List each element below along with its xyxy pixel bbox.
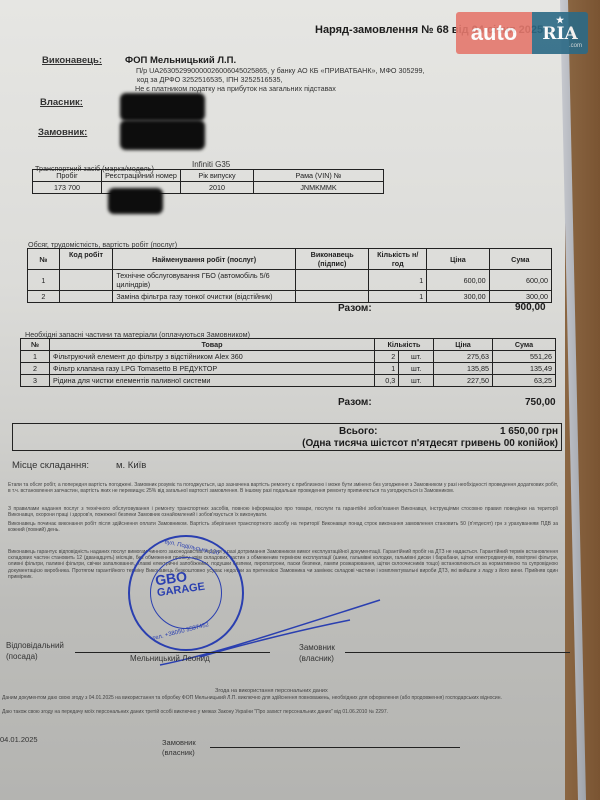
works-header: Ціна xyxy=(427,249,489,270)
autoria-watermark: auto ★ RIA .com xyxy=(456,12,588,54)
owner-label: Власник: xyxy=(40,97,83,108)
parts-header: Кількість xyxy=(375,339,434,351)
customer-sign-label: Замовник xyxy=(299,643,335,652)
vehicle-header-year: Рік випуску xyxy=(181,170,254,182)
consent-line-1: Даним документом даю свою згоду з 04.01.… xyxy=(2,695,552,701)
parts-total-label: Разом: xyxy=(338,397,372,408)
contractor-name: ФОП Мельницький Л.П. xyxy=(125,55,236,66)
watermark-auto: auto xyxy=(456,12,532,54)
signature-scribble xyxy=(150,595,390,675)
table-row: 2 Заміна фільтра газу тонкої очистки (ві… xyxy=(28,291,552,303)
customer-signature-line xyxy=(345,652,570,653)
customer-label: Замовник: xyxy=(38,127,87,138)
terms-paragraph-1: Етапи та обсяг робіт, а попередня вартіс… xyxy=(8,482,558,494)
grand-total-value: 1 650,00 грн xyxy=(500,426,558,437)
place-label: Місце складання: xyxy=(12,460,89,471)
parts-total: 750,00 xyxy=(525,397,556,408)
contractor-label: Виконавець: xyxy=(42,55,102,66)
terms-paragraph-2: З правилами надання послуг з технічного … xyxy=(8,506,558,518)
watermark-ria: ★ RIA .com xyxy=(532,12,588,54)
footer-customer-sub: (власник) xyxy=(162,748,195,757)
place-value: м. Київ xyxy=(116,460,146,471)
works-table: № Код робіт Найменування робіт (послуг) … xyxy=(27,248,552,303)
vehicle-header-reg: Реєстраційний номер xyxy=(102,170,181,182)
owner-redacted xyxy=(120,93,205,121)
parts-header: Товар xyxy=(50,339,375,351)
document-page xyxy=(0,0,565,800)
footer-signature-line xyxy=(210,747,460,748)
parts-header: № xyxy=(21,339,50,351)
grand-total-box: Всього: 1 650,00 грн (Одна тисяча шістсо… xyxy=(12,423,562,451)
parts-header: Ціна xyxy=(434,339,493,351)
responsible-label: Відповідальний xyxy=(6,641,64,650)
table-row: 1 Технічне обслуговування ГБО (автомобіл… xyxy=(28,270,552,291)
terms-paragraph-4: Виконавець гарантує відповідність надани… xyxy=(8,549,558,580)
stamp-address: вул. Подільська 12б xyxy=(164,539,220,556)
terms-paragraph-3: Виконавець починає виконання робіт після… xyxy=(8,521,558,533)
consent-line-2: Даю також свою згоду на передачу моїх пе… xyxy=(2,709,552,715)
vehicle-header-mileage: Пробіг xyxy=(33,170,102,182)
consent-title: Згода на використання персональних даних xyxy=(215,688,328,694)
contractor-bank: П/р UA263052990000026006045025865, у бан… xyxy=(136,66,424,75)
reg-number-redacted xyxy=(108,188,163,214)
vehicle-header-vin: Рама (VIN) № xyxy=(254,170,384,182)
vehicle-mileage: 173 700 xyxy=(33,182,102,194)
works-header: Сума xyxy=(489,249,551,270)
parts-header: Сума xyxy=(493,339,556,351)
table-row: 2 Фільтр клапана газу LPG Tomasetto В РЕ… xyxy=(21,363,556,375)
contractor-codes: код за ДРФО 3252516535, ІПН 3252516535, xyxy=(137,75,282,84)
footer-date: 04.01.2025 xyxy=(0,735,38,744)
vehicle-model: Infiniti G35 xyxy=(192,160,230,169)
table-row: 1 Фільтруючий елемент до фільтру з відст… xyxy=(21,351,556,363)
works-total: 900,00 xyxy=(515,302,546,313)
responsible-sub: (посада) xyxy=(6,652,38,661)
contractor-tax-status: Не є платником податку на прибуток на за… xyxy=(135,84,336,93)
footer-customer-label: Замовник xyxy=(162,738,196,747)
works-header: № xyxy=(28,249,60,270)
grand-total-label: Всього: xyxy=(339,426,378,437)
parts-table: № Товар Кількість Ціна Сума 1 Фільтруючи… xyxy=(20,338,556,387)
vehicle-vin: JNMKMMK xyxy=(254,182,384,194)
works-header: Виконавець (підпис) xyxy=(296,249,369,270)
vehicle-year: 2010 xyxy=(181,182,254,194)
customer-redacted xyxy=(120,120,205,150)
vehicle-table: Пробіг Реєстраційний номер Рік випуску Р… xyxy=(32,169,384,194)
responsible-signature-line xyxy=(75,652,270,653)
works-header: Кількість н/год xyxy=(369,249,427,270)
table-row: 3 Рідина для чистки елементів паливної с… xyxy=(21,375,556,387)
works-header: Найменування робіт (послуг) xyxy=(113,249,296,270)
works-total-label: Разом: xyxy=(338,303,372,314)
customer-sign-sub: (власник) xyxy=(299,654,334,663)
responsible-name: Мельницький Леонид xyxy=(130,654,210,663)
works-header: Код робіт xyxy=(59,249,113,270)
grand-total-words: (Одна тисяча шістсот п'ятдесят гривень 0… xyxy=(302,438,558,449)
